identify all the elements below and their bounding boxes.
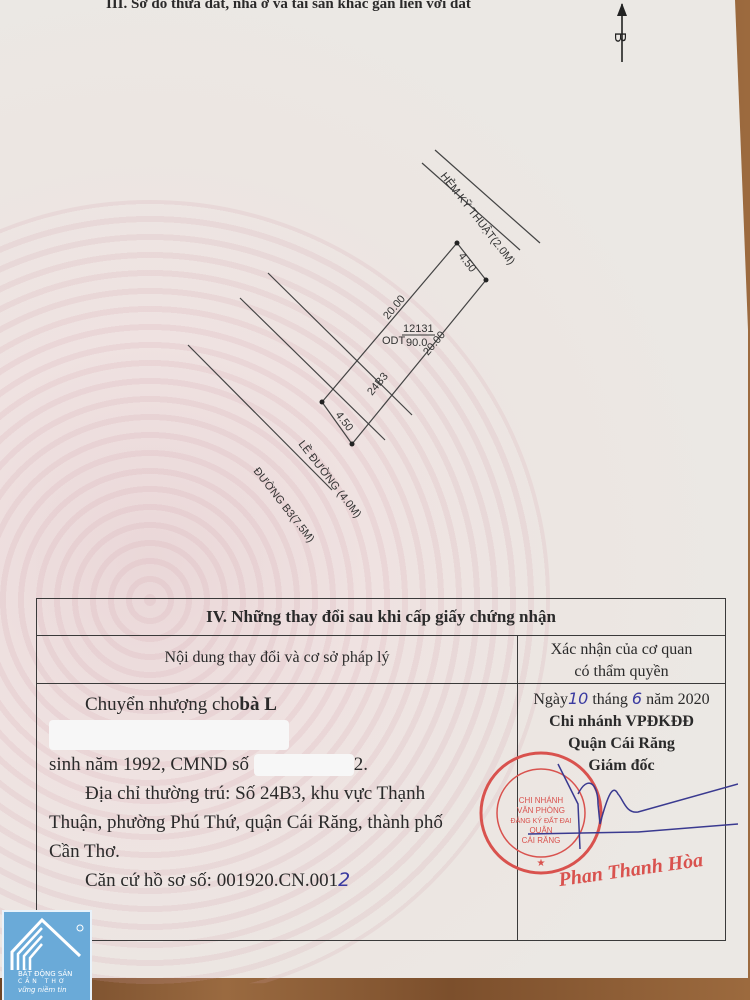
- entry-line-transfer: Chuyển nhượng cho bà L: [49, 690, 511, 750]
- change-content-cell: Chuyển nhượng cho bà L sinh năm 1992, CM…: [37, 684, 518, 941]
- certificate-page: III. Sơ đồ thửa đất, nhà ở và tài sản kh…: [0, 0, 748, 978]
- land-type-label: ODT: [382, 335, 406, 347]
- section-iv-title: IV. Những thay đổi sau khi cấp giấy chứn…: [37, 599, 726, 636]
- confirmation-date: Ngày10 tháng 6 năm 2020: [518, 688, 725, 711]
- confirmation-column-header: Xác nhận của cơ quan có thẩm quyền: [518, 636, 726, 684]
- sidewalk-label: LỀ ĐƯỜNG (4.0M): [296, 438, 365, 521]
- entry-line-address-1: Địa chỉ thường trú: Số 24B3, khu vực Thạ…: [49, 779, 511, 808]
- entry-line-birth-id: sinh năm 1992, CMND số 2.: [49, 750, 511, 779]
- redacted-id-number: [254, 754, 354, 776]
- confirmation-cell: Ngày10 tháng 6 năm 2020 Chi nhánh VPĐKĐĐ…: [518, 684, 726, 941]
- main-road-label: ĐƯỜNG B3(7.5M): [251, 465, 318, 545]
- entry-line-address-3: Cần Thơ.: [49, 837, 511, 866]
- top-width-label: 4.50: [456, 250, 479, 274]
- changes-table: IV. Những thay đổi sau khi cấp giấy chứn…: [36, 598, 726, 941]
- parcel-number: 12131: [403, 323, 434, 335]
- left-length-label: 20.00: [381, 293, 408, 322]
- entry-line-dossier: Căn cứ hồ sơ số: 001920.CN.0012: [49, 866, 511, 895]
- watermark-logo: BẤT ĐỘNG SẢN CẦN THƠ vững niềm tin: [2, 910, 92, 1000]
- agency-line-1: Chi nhánh VPĐKĐĐ: [518, 711, 725, 733]
- house-number: 24B3: [365, 371, 391, 398]
- redacted-name: [49, 720, 289, 750]
- top-road-label: HẺM KỸ THUẬT(2.0M): [438, 170, 518, 267]
- content-column-header: Nội dung thay đổi và cơ sở pháp lý: [37, 636, 518, 684]
- area-value: 90.0: [406, 337, 427, 349]
- entry-line-address-2: Thuận, phường Phú Thứ, quận Cái Răng, th…: [49, 808, 511, 837]
- land-plot-diagram: HẺM KỸ THUẬT(2.0M) 4.50 20.00 20.00 ODT …: [0, 0, 750, 600]
- signature-icon: [518, 754, 738, 864]
- house-logo-icon: [4, 912, 90, 972]
